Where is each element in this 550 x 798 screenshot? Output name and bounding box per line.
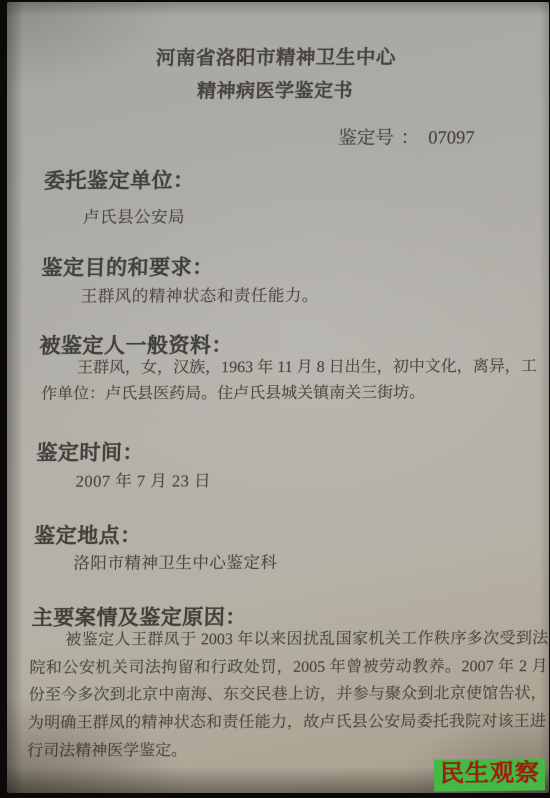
evaluation-place-value: 洛阳市精神卫生中心鉴定科: [73, 549, 278, 574]
photo-frame: 河南省洛阳市精神卫生中心 精神病医学鉴定书 鉴定号：07097 委托鉴定单位： …: [0, 0, 550, 798]
watermark-badge: 民生观察: [434, 758, 545, 792]
doc-type-title: 精神病医学鉴定书: [15, 75, 535, 104]
purpose-value: 王群风的精神状态和责任能力。: [81, 282, 320, 307]
evaluation-place-heading: 鉴定地点：: [34, 519, 142, 549]
commissioning-unit-heading: 委托鉴定单位：: [44, 164, 195, 195]
subject-info-paragraph: 王群风，女，汉族，1963 年 11 月 8 日出生，初中文化，离异，工作单位：…: [41, 354, 537, 407]
case-number: 鉴定号：07097: [338, 123, 475, 149]
document-content: 河南省洛阳市精神卫生中心 精神病医学鉴定书 鉴定号：07097 委托鉴定单位： …: [7, 2, 549, 793]
purpose-heading: 鉴定目的和要求：: [41, 251, 214, 282]
org-title: 河南省洛阳市精神卫生中心: [16, 41, 536, 71]
commissioning-unit-value: 卢氏县公安局: [83, 203, 186, 227]
case-number-separator: ：: [400, 129, 419, 149]
case-summary-paragraph: 被鉴定人王群凤于 2003 年以来因扰乱国家机关工作秩序多次受到法院和公安机关司…: [27, 625, 549, 765]
case-number-value: 07097: [428, 128, 475, 148]
evaluation-time-value: 2007 年 7 月 23 日: [75, 467, 211, 491]
evaluation-time-heading: 鉴定时间：: [36, 436, 144, 466]
document-page: 河南省洛阳市精神卫生中心 精神病医学鉴定书 鉴定号：07097 委托鉴定单位： …: [7, 2, 549, 793]
case-number-label: 鉴定号: [338, 129, 394, 149]
